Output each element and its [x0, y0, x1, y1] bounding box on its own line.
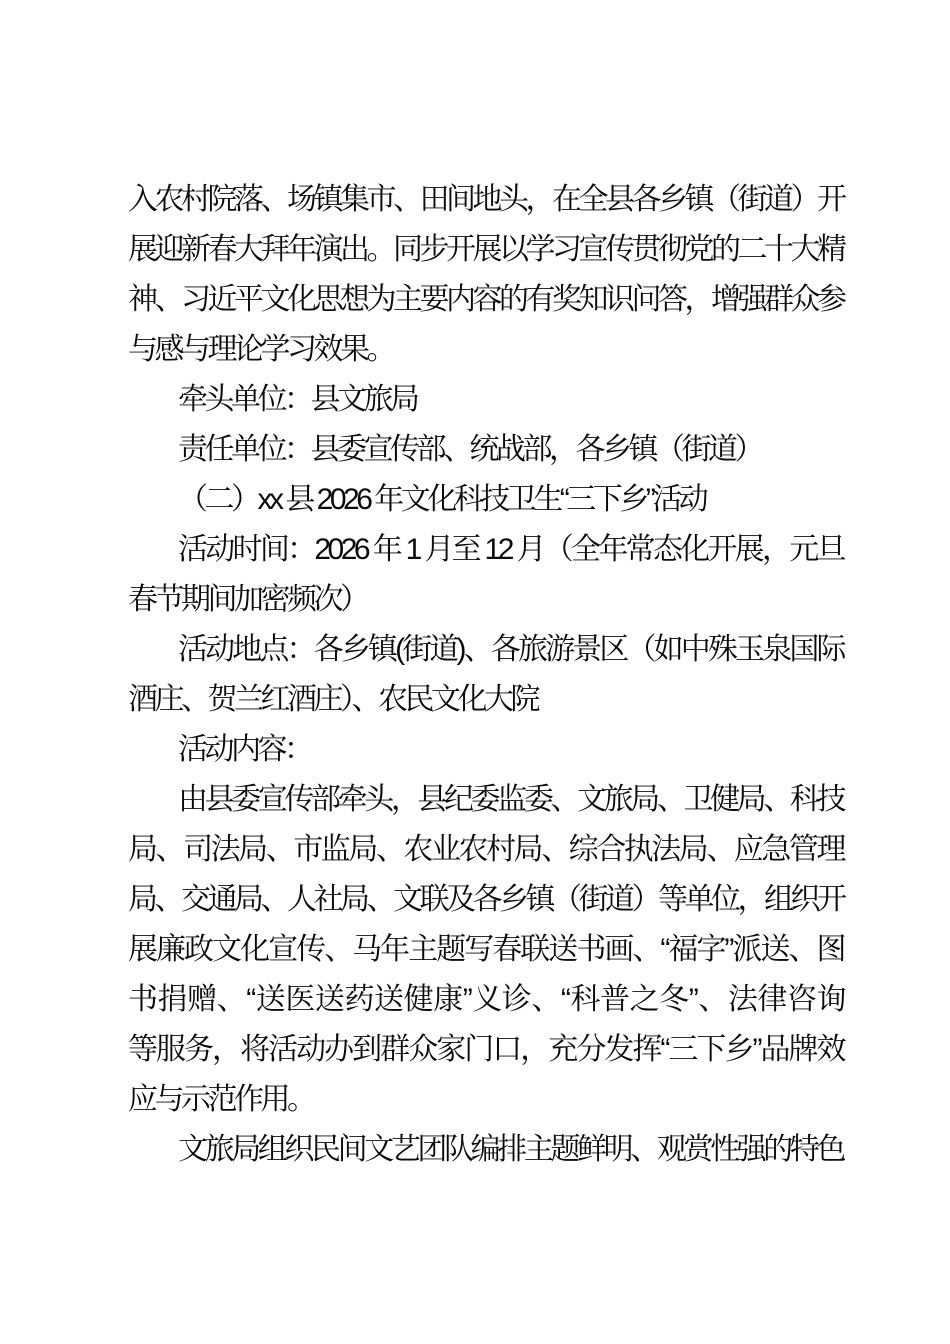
text-line: 神、习近平文化思想为主要内容的有奖知识问答，增强群众参 [128, 275, 843, 325]
document-text: 入农村院落、场镇集市、田间地头，在全县各乡镇（街道）开展迎新春大拜年演出。同步开… [128, 175, 843, 1175]
paragraph: 由县委宣传部牵头，县纪委监委、文旅局、卫健局、科技局、司法局、市监局、农业农村局… [128, 775, 843, 1125]
text-line: 活动时间：2026 年 1 月至 12 月（全年常态化开展，元旦 [128, 525, 843, 575]
paragraph: 活动内容： [128, 725, 843, 775]
paragraph: 入农村院落、场镇集市、田间地头，在全县各乡镇（街道）开展迎新春大拜年演出。同步开… [128, 175, 843, 375]
text-line: 牵头单位：县文旅局 [128, 375, 843, 425]
text-line: （二）xx 县 2026 年文化科技卫生“三下乡”活动 [128, 475, 843, 525]
paragraph: 文旅局组织民间文艺团队编排主题鲜明、观赏性强的特色 [128, 1125, 843, 1175]
text-line: 局、司法局、市监局、农业农村局、综合执法局、应急管理 [128, 825, 843, 875]
paragraph: （二）xx 县 2026 年文化科技卫生“三下乡”活动 [128, 475, 843, 525]
text-line: 应与示范作用。 [128, 1075, 843, 1125]
text-line: 活动地点：各乡镇(街道)、各旅游景区（如中殊玉泉国际 [128, 625, 843, 675]
text-line: 展廉政文化宣传、马年主题写春联送书画、“福字”派送、图 [128, 925, 843, 975]
text-line: 活动内容： [128, 725, 843, 775]
text-line: 春节期间加密频次） [128, 575, 843, 625]
paragraph: 活动时间：2026 年 1 月至 12 月（全年常态化开展，元旦春节期间加密频次… [128, 525, 843, 625]
text-line: 展迎新春大拜年演出。同步开展以学习宣传贯彻党的二十大精 [128, 225, 843, 275]
text-line: 入农村院落、场镇集市、田间地头，在全县各乡镇（街道）开 [128, 175, 843, 225]
paragraph: 活动地点：各乡镇(街道)、各旅游景区（如中殊玉泉国际酒庄、贺兰红酒庄）、农民文化… [128, 625, 843, 725]
paragraph: 牵头单位：县文旅局 [128, 375, 843, 425]
text-line: 责任单位：县委宣传部、统战部，各乡镇（街道） [128, 425, 843, 475]
paragraph: 责任单位：县委宣传部、统战部，各乡镇（街道） [128, 425, 843, 475]
text-line: 酒庄、贺兰红酒庄）、农民文化大院 [128, 675, 843, 725]
text-line: 局、交通局、人社局、文联及各乡镇（街道）等单位，组织开 [128, 875, 843, 925]
document-page: 入农村院落、场镇集市、田间地头，在全县各乡镇（街道）开展迎新春大拜年演出。同步开… [0, 0, 950, 1344]
text-line: 等服务，将活动办到群众家门口，充分发挥“三下乡”品牌效 [128, 1025, 843, 1075]
text-line: 书捐赠、“送医送药送健康”义诊、“科普之冬”、法律咨询 [128, 975, 843, 1025]
text-line: 文旅局组织民间文艺团队编排主题鲜明、观赏性强的特色 [128, 1125, 843, 1175]
text-line: 由县委宣传部牵头，县纪委监委、文旅局、卫健局、科技 [128, 775, 843, 825]
text-line: 与感与理论学习效果。 [128, 325, 843, 375]
